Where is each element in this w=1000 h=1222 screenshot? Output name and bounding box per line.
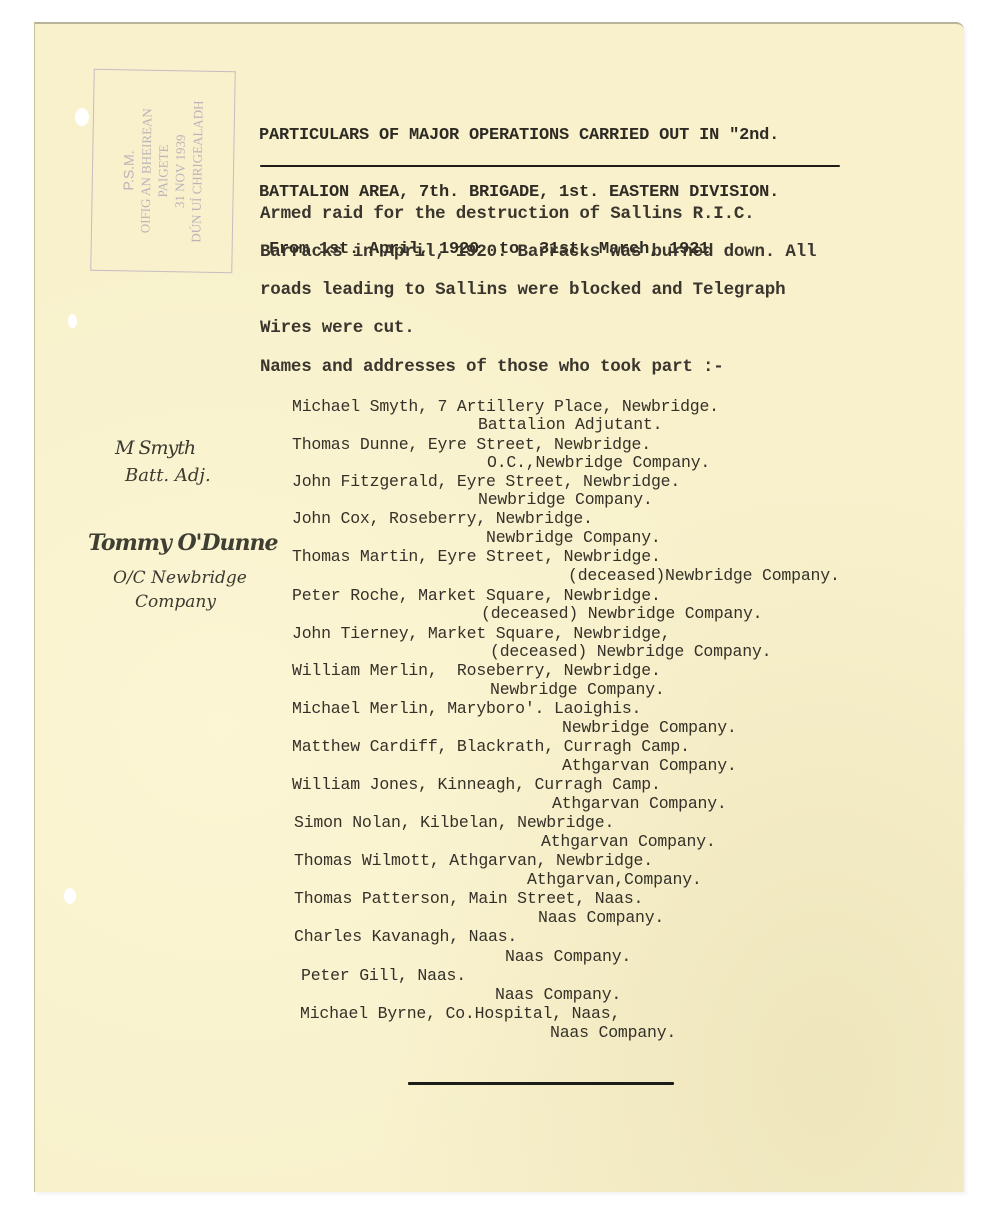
participant-role: (deceased) Newbridge Company.: [490, 643, 771, 661]
participant-role: Naas Company.: [550, 1024, 676, 1042]
heading-line-1: PARTICULARS OF MAJOR OPERATIONS CARRIED …: [259, 126, 779, 145]
participant-role: Athgarvan Company.: [552, 795, 727, 813]
heading-line-2: BATTALION AREA, 7th. BRIGADE, 1st. EASTE…: [259, 183, 779, 202]
participant-name: Peter Gill, Naas.: [301, 967, 466, 985]
participant-name: William Jones, Kinneagh, Curragh Camp.: [292, 776, 661, 794]
participant-role: Athgarvan,Company.: [527, 871, 702, 889]
para-line-3: roads leading to Sallins were blocked an…: [260, 280, 785, 300]
punch-hole-top: [75, 108, 89, 126]
participant-role: Naas Company.: [495, 986, 621, 1004]
participant-name: Charles Kavanagh, Naas.: [294, 928, 517, 946]
participant-name: Thomas Dunne, Eyre Street, Newbridge.: [292, 436, 651, 454]
smyth-signature: M Smyth: [115, 437, 195, 459]
participant-role: O.C.,Newbridge Company.: [487, 454, 710, 472]
heading-rule: [260, 165, 840, 167]
participant-name: Michael Byrne, Co.Hospital, Naas,: [300, 1005, 620, 1023]
dunne-signature: Tommy O'Dunne: [88, 530, 277, 556]
participant-name: Michael Merlin, Maryboro'. Laoighis.: [292, 700, 641, 718]
para-line-1: Armed raid for the destruction of Sallin…: [260, 204, 754, 224]
participant-name: Thomas Martin, Eyre Street, Newbridge.: [292, 548, 661, 566]
participant-role: Battalion Adjutant.: [478, 416, 662, 434]
participant-role: Naas Company.: [538, 909, 664, 927]
punch-hole-bottom: [64, 888, 76, 904]
participant-name: John Tierney, Market Square, Newbridge,: [292, 625, 670, 643]
names-intro: Names and addresses of those who took pa…: [260, 357, 724, 377]
participant-name: Matthew Cardiff, Blackrath, Curragh Camp…: [292, 738, 690, 756]
para-line-4: Wires were cut.: [260, 318, 415, 338]
received-stamp: P.S.M. OIFIG AN BHEIREAN PAIGETE 31 NOV …: [90, 69, 236, 273]
participant-role: (deceased)Newbridge Company.: [568, 567, 840, 585]
participant-role: Athgarvan Company.: [541, 833, 716, 851]
participant-role: Newbridge Company.: [478, 491, 653, 509]
participant-role: (deceased) Newbridge Company.: [481, 605, 762, 623]
dunne-title-line-2: Company: [135, 592, 216, 612]
participant-name: John Cox, Roseberry, Newbridge.: [292, 510, 593, 528]
participant-name: John Fitzgerald, Eyre Street, Newbridge.: [292, 473, 680, 491]
closing-rule: [408, 1082, 674, 1085]
participant-name: Peter Roche, Market Square, Newbridge.: [292, 587, 661, 605]
para-line-2: Barracks in April, 1920. Barracks was bu…: [260, 242, 816, 262]
participant-role: Newbridge Company.: [562, 719, 737, 737]
participant-role: Newbridge Company.: [486, 529, 661, 547]
participant-name: Michael Smyth, 7 Artillery Place, Newbri…: [292, 398, 719, 416]
dunne-title-line-1: O/C Newbridge: [113, 568, 247, 588]
participant-name: Thomas Patterson, Main Street, Naas.: [294, 890, 643, 908]
participant-name: Thomas Wilmott, Athgarvan, Newbridge.: [294, 852, 653, 870]
smyth-title: Batt. Adj.: [125, 465, 211, 486]
participant-name: William Merlin, Roseberry, Newbridge.: [292, 662, 661, 680]
participant-role: Naas Company.: [505, 948, 631, 966]
participant-role: Newbridge Company.: [490, 681, 665, 699]
participant-role: Athgarvan Company.: [562, 757, 737, 775]
participant-name: Simon Nolan, Kilbelan, Newbridge.: [294, 814, 614, 832]
punch-hole-middle: [68, 314, 77, 328]
stamp-place: DÚN UÍ CHRIGEALADH: [187, 71, 207, 271]
